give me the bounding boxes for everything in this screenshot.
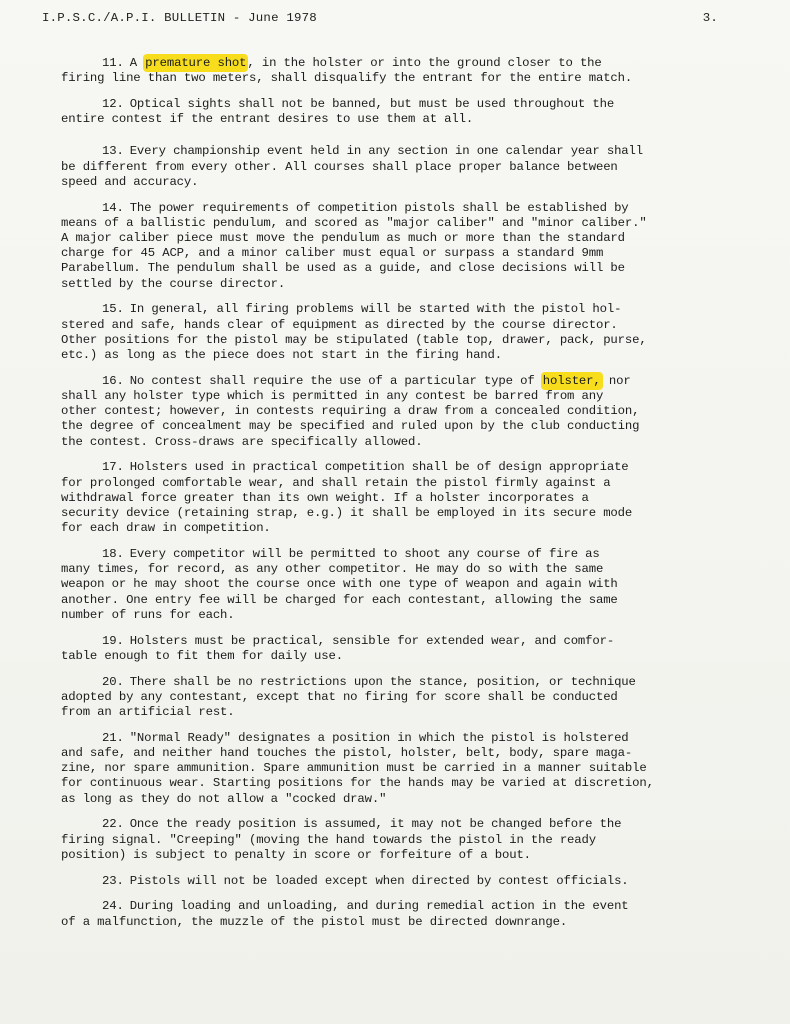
rule-number: 23. — [102, 874, 124, 888]
text-line: entire contest if the entrant desires to… — [61, 112, 711, 127]
line-text: means of a ballistic pendulum, and score… — [61, 216, 647, 230]
rule-paragraph: 22.Once the ready position is assumed, i… — [61, 817, 711, 863]
line-text: the degree of concealment may be specifi… — [61, 419, 639, 433]
rule-number: 16. — [102, 374, 124, 388]
text-line: 17.Holsters used in practical competitio… — [61, 460, 711, 475]
rule-number: 18. — [102, 547, 124, 561]
text-line: 23.Pistols will not be loaded except whe… — [61, 874, 711, 889]
line-text: A major caliber piece must move the pend… — [61, 231, 625, 245]
text-line: the contest. Cross-draws are specificall… — [61, 435, 711, 450]
rule-paragraph: 18.Every competitor will be permitted to… — [61, 547, 711, 623]
text-line: 12.Optical sights shall not be banned, b… — [61, 97, 711, 112]
line-text: settled by the course director. — [61, 277, 285, 291]
rule-number: 19. — [102, 634, 124, 648]
rule-paragraph: 20.There shall be no restrictions upon t… — [61, 675, 711, 721]
text-line: the degree of concealment may be specifi… — [61, 419, 711, 434]
text-line: withdrawal force greater than its own we… — [61, 491, 711, 506]
text-line: from an artificial rest. — [61, 705, 711, 720]
line-text: There shall be no restrictions upon the … — [130, 675, 636, 689]
rule-number: 22. — [102, 817, 124, 831]
text-line: 22.Once the ready position is assumed, i… — [61, 817, 711, 832]
text-line: for continuous wear. Starting positions … — [61, 776, 711, 791]
rule-number: 21. — [102, 731, 124, 745]
text-line: 18.Every competitor will be permitted to… — [61, 547, 711, 562]
line-text: charge for 45 ACP, and a minor caliber m… — [61, 246, 603, 260]
line-text: entire contest if the entrant desires to… — [61, 112, 473, 126]
text-line: be different from every other. All cours… — [61, 160, 711, 175]
rule-number: 24. — [102, 899, 124, 913]
line-text: adopted by any contestant, except that n… — [61, 690, 618, 704]
text-line: 15.In general, all firing problems will … — [61, 302, 711, 317]
rule-number: 20. — [102, 675, 124, 689]
text-line: Other positions for the pistol may be st… — [61, 333, 711, 348]
text-line: table enough to fit them for daily use. — [61, 649, 711, 664]
text-line: 19.Holsters must be practical, sensible … — [61, 634, 711, 649]
text-line: firing signal. "Creeping" (moving the ha… — [61, 833, 711, 848]
line-text: etc.) as long as the piece does not star… — [61, 348, 502, 362]
line-text: security device (retaining strap, e.g.) … — [61, 506, 632, 520]
highlighted-phrase: holster, — [542, 373, 602, 389]
text-line: firing line than two meters, shall disqu… — [61, 71, 711, 86]
text-line: many times, for record, as any other com… — [61, 562, 711, 577]
text-line: 13.Every championship event held in any … — [61, 144, 711, 159]
rule-paragraph: 14.The power requirements of competition… — [61, 201, 711, 292]
text-line: 14.The power requirements of competition… — [61, 201, 711, 216]
text-line: speed and accuracy. — [61, 175, 711, 190]
line-text: Pistols will not be loaded except when d… — [130, 874, 629, 888]
text-line: zine, nor spare ammunition. Spare ammuni… — [61, 761, 711, 776]
page-number: 3. — [703, 11, 718, 25]
document-page: I.P.S.C./A.P.I. BULLETIN - June 1978 3. … — [0, 0, 790, 1024]
text-line: security device (retaining strap, e.g.) … — [61, 506, 711, 521]
line-text: Other positions for the pistol may be st… — [61, 333, 647, 347]
line-text: table enough to fit them for daily use. — [61, 649, 343, 663]
text-line: weapon or he may shoot the course once w… — [61, 577, 711, 592]
rule-paragraph: 13.Every championship event held in any … — [61, 144, 711, 190]
line-text: firing line than two meters, shall disqu… — [61, 71, 632, 85]
rule-number: 11. — [102, 56, 124, 70]
text-line: charge for 45 ACP, and a minor caliber m… — [61, 246, 711, 261]
line-text: of a malfunction, the muzzle of the pist… — [61, 915, 567, 929]
text-line: another. One entry fee will be charged f… — [61, 593, 711, 608]
text-line: etc.) as long as the piece does not star… — [61, 348, 711, 363]
rule-paragraph: 17.Holsters used in practical competitio… — [61, 460, 711, 536]
rules-list: 11.A premature shot, in the holster or i… — [61, 56, 711, 940]
line-text: stered and safe, hands clear of equipmen… — [61, 318, 618, 332]
line-text: Once the ready position is assumed, it m… — [130, 817, 622, 831]
line-text: for prolonged comfortable wear, and shal… — [61, 476, 610, 490]
text-line: 20.There shall be no restrictions upon t… — [61, 675, 711, 690]
text-line: of a malfunction, the muzzle of the pist… — [61, 915, 711, 930]
text-line: other contest; however, in contests requ… — [61, 404, 711, 419]
rule-paragraph: 24.During loading and unloading, and dur… — [61, 899, 711, 929]
text-line: 21."Normal Ready" designates a position … — [61, 731, 711, 746]
line-text: During loading and unloading, and during… — [130, 899, 629, 913]
line-text: from an artificial rest. — [61, 705, 235, 719]
line-text: for continuous wear. Starting positions … — [61, 776, 654, 790]
text-line: settled by the course director. — [61, 277, 711, 292]
text-line: for prolonged comfortable wear, and shal… — [61, 476, 711, 491]
line-text: Parabellum. The pendulum shall be used a… — [61, 261, 625, 275]
line-text: weapon or he may shoot the course once w… — [61, 577, 618, 591]
text-line: means of a ballistic pendulum, and score… — [61, 216, 711, 231]
text-line: 11.A premature shot, in the holster or i… — [61, 56, 711, 71]
line-text: withdrawal force greater than its own we… — [61, 491, 589, 505]
highlighted-phrase: premature shot — [144, 55, 247, 71]
line-text: be different from every other. All cours… — [61, 160, 618, 174]
line-text: another. One entry fee will be charged f… — [61, 593, 618, 607]
line-text: the contest. Cross-draws are specificall… — [61, 435, 422, 449]
line-text: "Normal Ready" designates a position in … — [130, 731, 629, 745]
rule-number: 17. — [102, 460, 124, 474]
line-text: as long as they do not allow a "cocked d… — [61, 792, 386, 806]
text-line: Parabellum. The pendulum shall be used a… — [61, 261, 711, 276]
text-line: A major caliber piece must move the pend… — [61, 231, 711, 246]
text-line: number of runs for each. — [61, 608, 711, 623]
rule-number: 15. — [102, 302, 124, 316]
text-line: and safe, and neither hand touches the p… — [61, 746, 711, 761]
text-line: position) is subject to penalty in score… — [61, 848, 711, 863]
line-text: for each draw in competition. — [61, 521, 271, 535]
rule-paragraph: 19.Holsters must be practical, sensible … — [61, 634, 711, 664]
line-text: zine, nor spare ammunition. Spare ammuni… — [61, 761, 647, 775]
line-text: firing signal. "Creeping" (moving the ha… — [61, 833, 596, 847]
rule-paragraph: 16.No contest shall require the use of a… — [61, 374, 711, 450]
text-line: adopted by any contestant, except that n… — [61, 690, 711, 705]
line-text: speed and accuracy. — [61, 175, 198, 189]
line-text: In general, all firing problems will be … — [130, 302, 622, 316]
line-text: Holsters must be practical, sensible for… — [130, 634, 614, 648]
line-text: Every championship event held in any sec… — [130, 144, 643, 158]
page-header: I.P.S.C./A.P.I. BULLETIN - June 1978 3. — [42, 11, 718, 25]
line-text: number of runs for each. — [61, 608, 235, 622]
text-line: shall any holster type which is permitte… — [61, 389, 711, 404]
line-text: and safe, and neither hand touches the p… — [61, 746, 632, 760]
line-text: Holsters used in practical competition s… — [130, 460, 629, 474]
rule-number: 14. — [102, 201, 124, 215]
line-text: shall any holster type which is permitte… — [61, 389, 603, 403]
line-text: The power requirements of competition pi… — [130, 201, 629, 215]
line-text: Every competitor will be permitted to sh… — [130, 547, 600, 561]
text-line: 24.During loading and unloading, and dur… — [61, 899, 711, 914]
line-text: other contest; however, in contests requ… — [61, 404, 639, 418]
rule-number: 12. — [102, 97, 124, 111]
rule-paragraph: 11.A premature shot, in the holster or i… — [61, 56, 711, 86]
rule-paragraph: 12.Optical sights shall not be banned, b… — [61, 97, 711, 127]
rule-number: 13. — [102, 144, 124, 158]
line-text: many times, for record, as any other com… — [61, 562, 603, 576]
text-line: stered and safe, hands clear of equipmen… — [61, 318, 711, 333]
text-line: for each draw in competition. — [61, 521, 711, 536]
rule-paragraph: 23.Pistols will not be loaded except whe… — [61, 874, 711, 889]
line-text: position) is subject to penalty in score… — [61, 848, 531, 862]
line-text: Optical sights shall not be banned, but … — [130, 97, 614, 111]
text-line: 16.No contest shall require the use of a… — [61, 374, 711, 389]
text-line: as long as they do not allow a "cocked d… — [61, 792, 711, 807]
bulletin-title: I.P.S.C./A.P.I. BULLETIN - June 1978 — [42, 11, 317, 25]
rule-paragraph: 15.In general, all firing problems will … — [61, 302, 711, 363]
rule-paragraph: 21."Normal Ready" designates a position … — [61, 731, 711, 807]
